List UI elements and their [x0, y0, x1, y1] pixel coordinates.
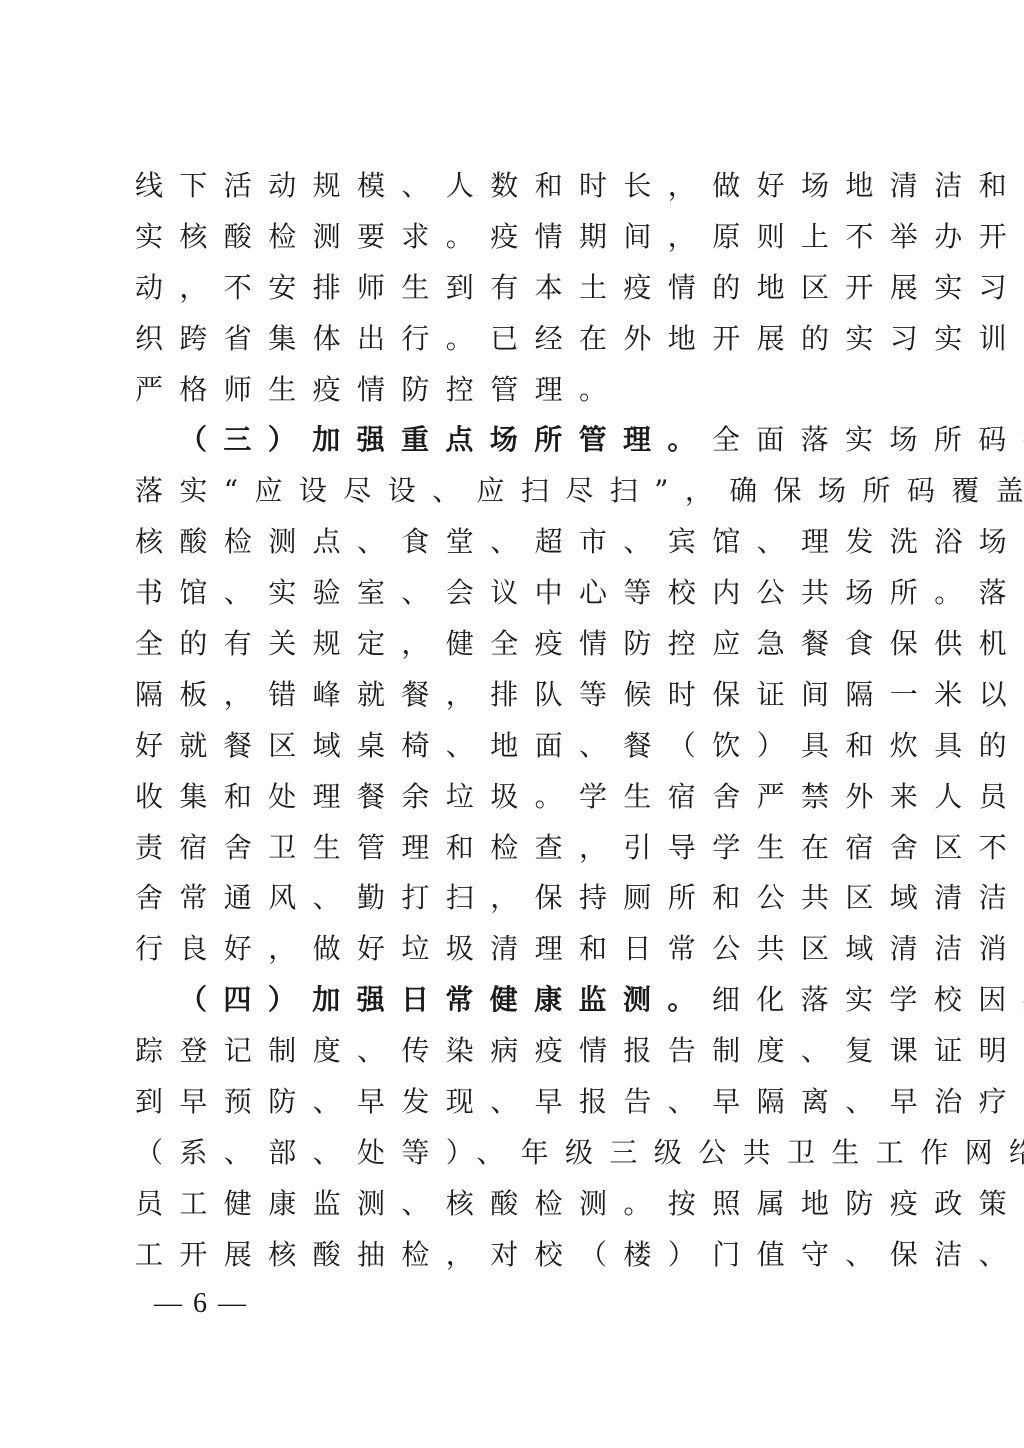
text-line: 落实“应设尽设、应扫尽扫”，确保场所码覆盖所有校门，覆盖 [135, 466, 895, 517]
text-line: 行良好，做好垃圾清理和日常公共区域清洁消毒。 [135, 924, 895, 975]
text-line: 严格师生疫情防控管理。 [135, 365, 895, 416]
body-text: 线下活动规模、人数和时长，做好场地清洁和消毒通风，认真落 实核酸检测要求。疫情期… [135, 161, 895, 1281]
text-line: 责宿舍卫生管理和检查，引导学生在宿舍区不聚集、少串门；宿 [135, 823, 895, 874]
text-line: 到早预防、早发现、早报告、早隔离、早治疗。依托学校、院 [135, 1077, 895, 1128]
text-line: 隔板，错峰就餐，排队等候时保证间隔一米以上的安全距离，做 [135, 670, 895, 721]
text-line: 动，不安排师生到有本土疫情的地区开展实习实训，非必要不组 [135, 263, 895, 314]
text-line: 踪登记制度、传染病疫情报告制度、复课证明查验制度，确保做 [135, 1026, 895, 1077]
text-line: 工开展核酸抽检，对校（楼）门值守、保洁、食堂等工作人员 [135, 1230, 895, 1281]
text-span: 细化落实学校因病缺课（勤）追 [712, 983, 1024, 1016]
section-heading-line: （三）加强重点场所管理。全面落实场所码推广使用办法， [135, 415, 895, 466]
text-span: 全面落实场所码推广使用办法， [712, 423, 1024, 456]
text-line: 实核酸检测要求。疫情期间，原则上不举办开学典礼和校庆等活 [135, 212, 895, 263]
text-line: 员工健康监测、核酸检测。按照属地防疫政策要求，组织师生员 [135, 1179, 895, 1230]
text-line: 收集和处理餐余垃圾。学生宿舍严禁外来人员入内，安排专人负 [135, 772, 895, 823]
text-line: 书馆、实验室、会议中心等校内公共场所。落实学校食堂卫生安 [135, 568, 895, 619]
text-line: 织跨省集体出行。已经在外地开展的实习实训活动，要配合当地 [135, 314, 895, 365]
section-heading-4: （四）加强日常健康监测。 [179, 983, 712, 1016]
text-line: 好就餐区域桌椅、地面、餐（饮）具和炊具的清洁消毒，及时 [135, 721, 895, 772]
text-line: 线下活动规模、人数和时长，做好场地清洁和消毒通风，认真落 [135, 161, 895, 212]
text-line: 全的有关规定，健全疫情防控应急餐食保供机制，食堂餐桌安装 [135, 619, 895, 670]
text-line: 舍常通风、勤打扫，保持厕所和公共区域清洁卫生，洗手设施运 [135, 873, 895, 924]
section-heading-line: （四）加强日常健康监测。细化落实学校因病缺课（勤）追 [135, 975, 895, 1026]
text-line: （系、部、处等）、年级三级公共卫生工作网络，持续开展师生 [135, 1128, 895, 1179]
section-heading-3: （三）加强重点场所管理。 [179, 423, 712, 456]
document-page: 线下活动规模、人数和时长，做好场地清洁和消毒通风，认真落 实核酸检测要求。疫情期… [0, 0, 1024, 1448]
text-line: 核酸检测点、食堂、超市、宾馆、理发洗浴场所、体育场馆、图 [135, 517, 895, 568]
page-number: — 6 — [154, 1288, 248, 1320]
